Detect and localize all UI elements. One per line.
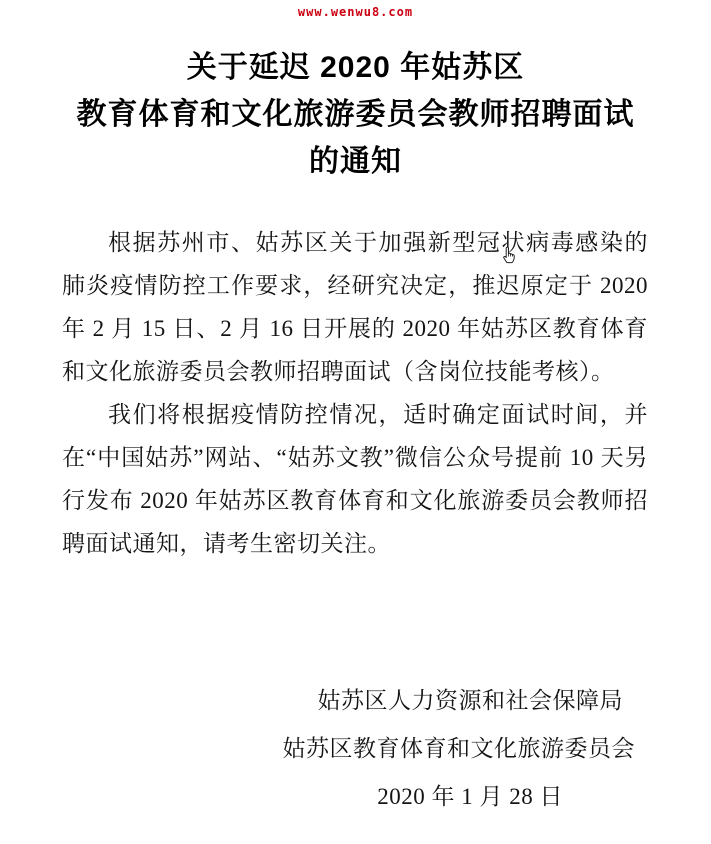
document-page: www.wenwu8.com 关于延迟 2020 年姑苏区 教育体育和文化旅游委… — [0, 0, 711, 844]
signature-org-2: 姑苏区教育体育和文化旅游委员会 — [283, 725, 636, 773]
title-line-3: 的通知 — [0, 138, 711, 185]
signature-org-1: 姑苏区人力资源和社会保障局 — [318, 677, 624, 725]
title-line-2: 教育体育和文化旅游委员会教师招聘面试 — [0, 91, 711, 138]
title-line-1: 关于延迟 2020 年姑苏区 — [0, 44, 711, 91]
watermark-url: www.wenwu8.com — [0, 5, 711, 19]
document-title: 关于延迟 2020 年姑苏区 教育体育和文化旅游委员会教师招聘面试 的通知 — [0, 0, 711, 185]
signature-block: 姑苏区人力资源和社会保障局 姑苏区教育体育和文化旅游委员会 2020 年 1 月… — [0, 677, 711, 821]
paragraph-1: 根据苏州市、姑苏区关于加强新型冠状病毒感染的肺炎疫情防控工作要求，经研究决定，推… — [62, 221, 648, 393]
signature-date: 2020 年 1 月 28 日 — [377, 773, 563, 821]
document-body: 根据苏州市、姑苏区关于加强新型冠状病毒感染的肺炎疫情防控工作要求，经研究决定，推… — [62, 221, 648, 565]
paragraph-2: 我们将根据疫情防控情况，适时确定面试时间，并在“中国姑苏”网站、“姑苏文教”微信… — [62, 393, 648, 565]
